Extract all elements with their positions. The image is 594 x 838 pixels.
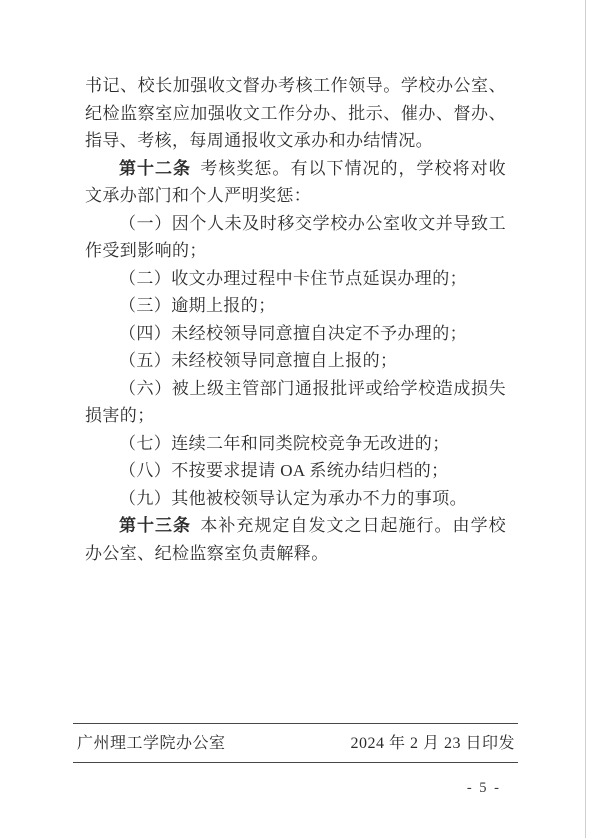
clause-item-1: （一）因个人未及时移交学校办公室收文并导致工作受到影响的； [85,210,506,265]
document-page: 书记、校长加强收文督办考核工作领导。学校办公室、纪检监察室应加强收文工作分办、批… [0,0,594,838]
clause-item-9: （九）其他被校领导认定为承办不力的事项。 [85,485,506,513]
footer-print-date: 2024 年 2 月 23 日印发 [350,730,515,758]
clause-item-5: （五）未经校领导同意擅自上报的； [85,347,506,375]
footer-bottom-rule [73,762,518,763]
document-body: 书记、校长加强收文督办考核工作领导。学校办公室、纪检监察室应加强收文工作分办、批… [85,72,506,567]
clause-item-2: （二）收文办理过程中卡住节点延误办理的； [85,265,506,293]
footer-issuer: 广州理工学院办公室 [77,730,226,758]
clause-item-4: （四）未经校领导同意擅自决定不予办理的； [85,320,506,348]
footer-top-rule [73,723,518,724]
article-12-label: 第十二条 [119,159,191,178]
page-edge-line [585,0,586,838]
clause-item-3: （三）逾期上报的； [85,292,506,320]
article-13: 第十三条本补充规定自发文之日起施行。由学校办公室、纪检监察室负责解释。 [85,512,506,567]
page-number: - 5 - [467,778,501,798]
article-12: 第十二条考核奖惩。有以下情况的，学校将对收文承办部门和个人严明奖惩： [85,155,506,210]
paragraph-continuation: 书记、校长加强收文督办考核工作领导。学校办公室、纪检监察室应加强收文工作分办、批… [85,72,506,155]
document-footer: 广州理工学院办公室 2024 年 2 月 23 日印发 [77,730,515,758]
article-13-label: 第十三条 [119,516,191,535]
clause-item-6: （六）被上级主管部门通报批评或给学校造成损失损害的； [85,375,506,430]
clause-item-7: （七）连续二年和同类院校竞争无改进的； [85,430,506,458]
clause-item-8: （八）不按要求提请 OA 系统办结归档的； [85,457,506,485]
